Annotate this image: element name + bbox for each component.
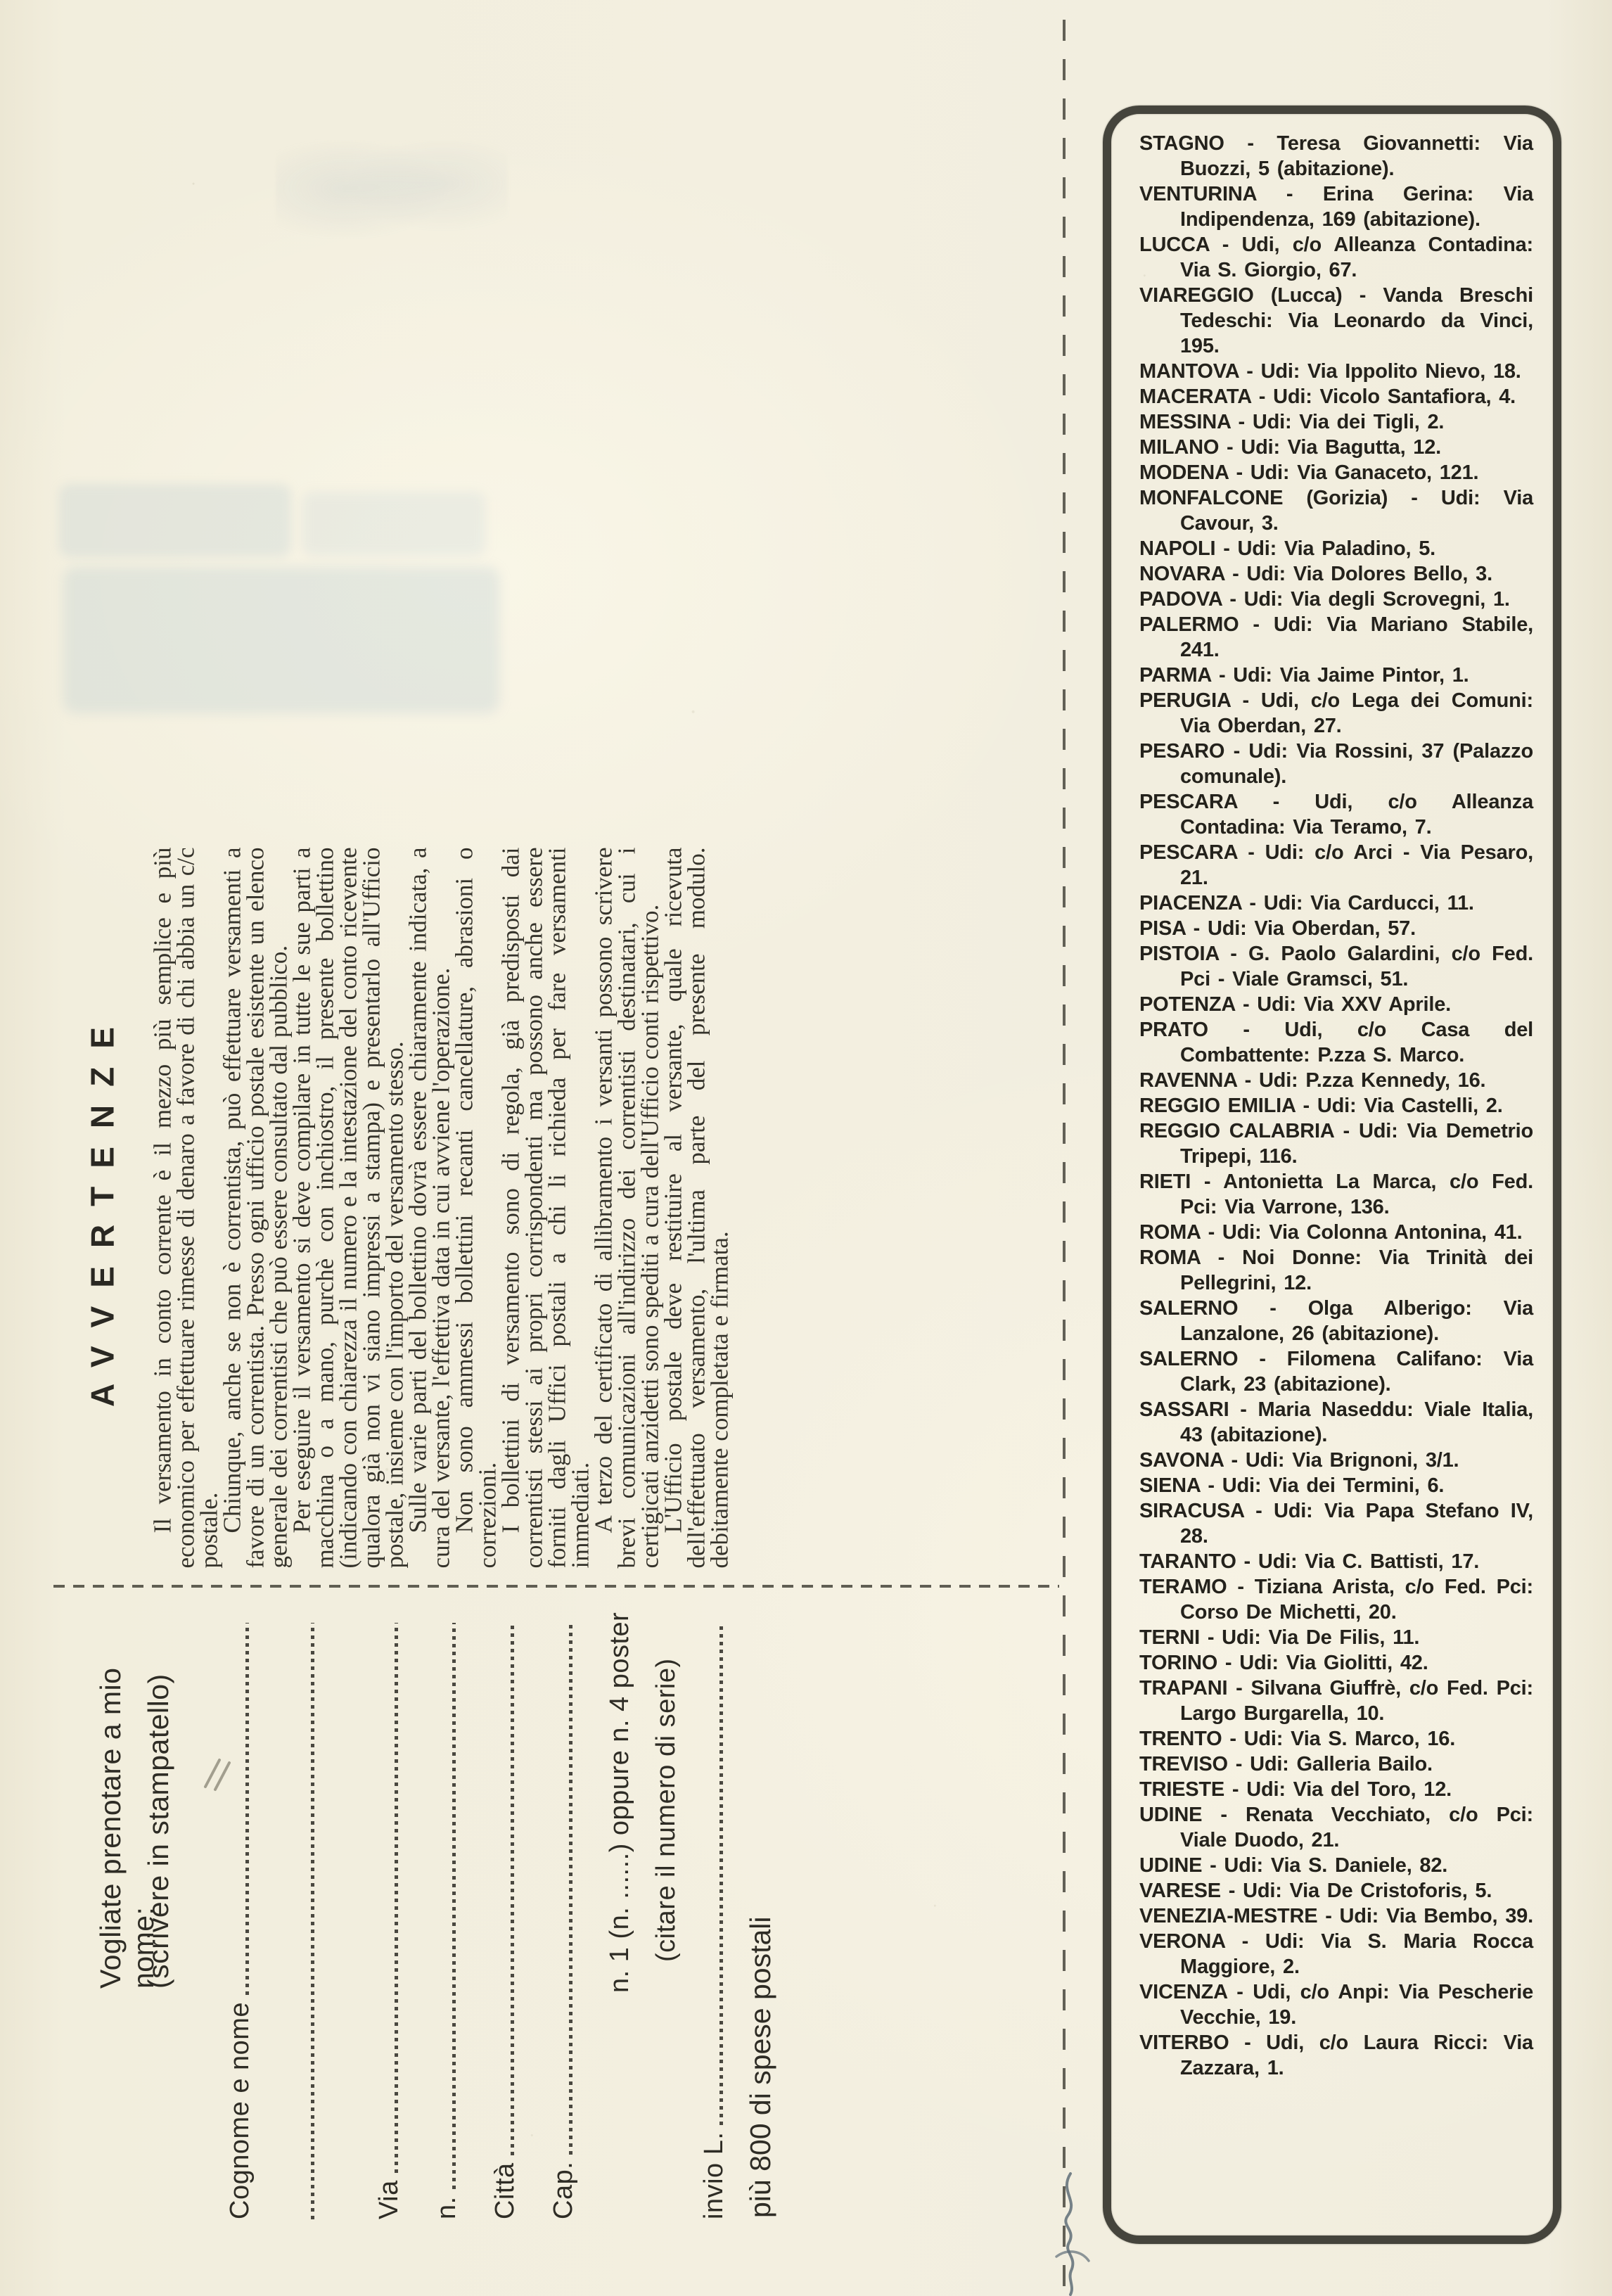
form-field-via: Via	[374, 1621, 404, 2219]
form-order-note: (citare il numero di serie)	[651, 1621, 682, 1962]
avvertenze-paragraph: Il versamento in conto corrente è il mez…	[151, 848, 221, 1569]
address-entry: TREVISO - Udi: Galleria Bailo.	[1139, 1752, 1533, 1777]
address-entry: TRIESTE - Udi: Via del Toro, 12.	[1139, 1777, 1533, 1802]
address-entry: VENTURINA - Erina Gerina: Via Indipenden…	[1139, 181, 1533, 232]
address-directory-box: STAGNO - Teresa Giovannetti: Via Buozzi,…	[1103, 106, 1561, 2244]
faded-stamp-ghost	[276, 139, 508, 238]
avvertenze-paragraph: Per eseguire il versamento si deve compi…	[290, 848, 407, 1569]
form-field-continuation-line	[311, 1621, 321, 2219]
address-entry: ROMA - Udi: Via Colonna Antonina, 41.	[1139, 1220, 1533, 1245]
address-directory-list: STAGNO - Teresa Giovannetti: Via Buozzi,…	[1139, 131, 1533, 2081]
address-entry: SALERNO - Olga Alberigo: Via Lanzalone, …	[1139, 1296, 1533, 1346]
dotted-fill-line	[719, 1623, 723, 2125]
address-entry: TRAPANI - Silvana Giuffrè, c/o Fed. Pci:…	[1139, 1676, 1533, 1726]
form-heading-line2: (scrivere in stampatello)	[142, 1621, 175, 1989]
avvertenze-paragraphs: Il versamento in conto corrente è il mez…	[151, 848, 731, 1569]
form-field-citta: Città	[490, 1621, 520, 2219]
address-entry: VENEZIA-MESTRE - Udi: Via Bembo, 39.	[1139, 1903, 1533, 1929]
address-entry: SIENA - Udi: Via dei Termini, 6.	[1139, 1473, 1533, 1498]
ink-bleedthrough-ghost	[302, 492, 485, 556]
address-entry: PESARO - Udi: Via Rossini, 37 (Palazzo c…	[1139, 739, 1533, 789]
dotted-fill-line	[569, 1623, 572, 2155]
form-field-cap: Cap.	[549, 1621, 579, 2219]
address-entry: REGGIO CALABRIA - Udi: Via Demetrio Trip…	[1139, 1118, 1533, 1169]
address-entry: STAGNO - Teresa Giovannetti: Via Buozzi,…	[1139, 131, 1533, 181]
address-entry: VERONA - Udi: Via S. Maria Rocca Maggior…	[1139, 1929, 1533, 1979]
address-entry: VIAREGGIO (Lucca) - Vanda Breschi Tedesc…	[1139, 283, 1533, 359]
address-entry: TERAMO - Tiziana Arista, c/o Fed. Pci: C…	[1139, 1574, 1533, 1625]
address-entry: SAVONA - Udi: Via Brignoni, 3/1.	[1139, 1448, 1533, 1473]
numero-label: n.	[432, 2196, 462, 2219]
address-entry: SASSARI - Maria Naseddu: Viale Italia, 4…	[1139, 1397, 1533, 1448]
dotted-fill-line	[511, 1623, 514, 2155]
address-entry: MANTOVA - Udi: Via Ippolito Nievo, 18.	[1139, 359, 1533, 384]
address-entry: VARESE - Udi: Via De Cristoforis, 5.	[1139, 1878, 1533, 1903]
address-entry: MACERATA - Udi: Vicolo Santafiora, 4.	[1139, 384, 1533, 409]
address-entry: PARMA - Udi: Via Jaime Pintor, 1.	[1139, 663, 1533, 688]
dotted-fill-line	[311, 1623, 314, 2219]
address-entry: UDINE - Renata Vecchiato, c/o Pci: Viale…	[1139, 1802, 1533, 1853]
address-entry: TERNI - Udi: Via De Filis, 11.	[1139, 1625, 1533, 1650]
address-entry: PIACENZA - Udi: Via Carducci, 11.	[1139, 891, 1533, 916]
dotted-fill-line	[395, 1623, 398, 2173]
form-postage-line: più 800 di spese postali	[744, 1621, 777, 2218]
address-entry: MODENA - Udi: Via Ganaceto, 121.	[1139, 460, 1533, 485]
dotted-fill-line	[452, 1623, 456, 2189]
address-entry: VICENZA - Udi, c/o Anpi: Via Pescherie V…	[1139, 1979, 1533, 2030]
address-entry: POTENZA - Udi: Via XXV Aprile.	[1139, 992, 1533, 1017]
cognome-nome-label: Cognome e nome	[225, 2002, 255, 2219]
ink-bleedthrough-ghost	[63, 567, 499, 713]
address-entry: TARANTO - Udi: Via C. Battisti, 17.	[1139, 1549, 1533, 1574]
invio-lire-label: invio L.	[699, 2132, 729, 2219]
avvertenze-paragraph: Chiunque, anche se non è correntista, pu…	[221, 848, 290, 1569]
avvertenze-rotated-block: AVVERTENZE Il versamento in conto corren…	[84, 848, 810, 1569]
address-entry: PESCARA - Udi: c/o Arci - Via Pesaro, 21…	[1139, 840, 1533, 891]
address-entry: TORINO - Udi: Via Giolitti, 42.	[1139, 1650, 1533, 1676]
form-order-quantity-line: n. 1 (n. ......) oppure n. 4 poster	[605, 1621, 635, 1993]
address-entry: NOVARA - Udi: Via Dolores Bello, 3.	[1139, 561, 1533, 587]
avvertenze-title: AVVERTENZE	[84, 848, 122, 1569]
avvertenze-paragraph: L'Ufficio postale deve restituire al ver…	[662, 848, 731, 1569]
address-entry: PISA - Udi: Via Oberdan, 57.	[1139, 916, 1533, 941]
scanned-page: AVVERTENZE Il versamento in conto corren…	[0, 0, 1612, 2296]
address-entry: PALERMO - Udi: Via Mariano Stabile, 241.	[1139, 612, 1533, 663]
address-entry: PRATO - Udi, c/o Casa del Combattente: P…	[1139, 1017, 1533, 1068]
avvertenze-paragraph: Sulle varie parti del bollettino dovrà e…	[407, 848, 453, 1569]
form-field-numero: n.	[432, 1621, 462, 2219]
avvertenze-paragraph: I bollettini di versamento sono di regol…	[499, 848, 592, 1569]
address-entry: RAVENNA - Udi: P.zza Kennedy, 16.	[1139, 1068, 1533, 1093]
cap-label: Cap.	[549, 2162, 579, 2219]
address-entry: RIETI - Antonietta La Marca, c/o Fed. Pc…	[1139, 1169, 1533, 1220]
address-entry: PERUGIA - Udi, c/o Lega dei Comuni: Via …	[1139, 688, 1533, 739]
address-entry: ROMA - Noi Donne: Via Trinità dei Pelleg…	[1139, 1245, 1533, 1296]
address-entry: SIRACUSA - Udi: Via Papa Stefano IV, 28.	[1139, 1498, 1533, 1549]
address-entry: PISTOIA - G. Paolo Galardini, c/o Fed. P…	[1139, 941, 1533, 992]
handwritten-pencil-tick	[191, 1750, 241, 1799]
address-entry: SALERNO - Filomena Califano: Via Clark, …	[1139, 1346, 1533, 1397]
avvertenze-paragraph: Non sono ammessi bollettini recanti canc…	[453, 848, 499, 1569]
handwritten-pencil-squiggle	[1032, 2172, 1110, 2296]
address-entry: REGGIO EMILIA - Udi: Via Castelli, 2.	[1139, 1093, 1533, 1118]
horizontal-cut-dashed-line	[53, 1585, 1059, 1588]
via-label: Via	[374, 2180, 404, 2219]
dotted-fill-line	[245, 1623, 249, 1995]
address-entry: TRENTO - Udi: Via S. Marco, 16.	[1139, 1726, 1533, 1752]
address-entry: LUCCA - Udi, c/o Alleanza Contadina: Via…	[1139, 232, 1533, 283]
vertical-fold-dashed-line	[1063, 20, 1066, 2296]
address-entry: MILANO - Udi: Via Bagutta, 12.	[1139, 435, 1533, 460]
citta-label: Città	[490, 2162, 520, 2219]
address-entry: NAPOLI - Udi: Via Paladino, 5.	[1139, 536, 1533, 561]
ink-bleedthrough-ghost	[59, 484, 291, 557]
address-entry: PADOVA - Udi: Via degli Scrovegni, 1.	[1139, 587, 1533, 612]
address-entry: VITERBO - Udi, c/o Laura Ricci: Via Zazz…	[1139, 2030, 1533, 2081]
form-field-invio-lire: invio L.	[699, 1621, 729, 2219]
address-entry: PESCARA - Udi, c/o Alleanza Contadina: V…	[1139, 789, 1533, 840]
avvertenze-paragraph: A terzo del certificato di allibramento …	[592, 848, 662, 1569]
order-form-rotated-block: Vogliate prenotare a mio nome: (scrivere…	[84, 1621, 788, 2219]
form-field-cognome-nome: Cognome e nome	[225, 1621, 255, 2219]
address-entry: UDINE - Udi: Via S. Daniele, 82.	[1139, 1853, 1533, 1878]
address-entry: MONFALCONE (Gorizia) - Udi: Via Cavour, …	[1139, 485, 1533, 536]
address-entry: MESSINA - Udi: Via dei Tigli, 2.	[1139, 409, 1533, 435]
